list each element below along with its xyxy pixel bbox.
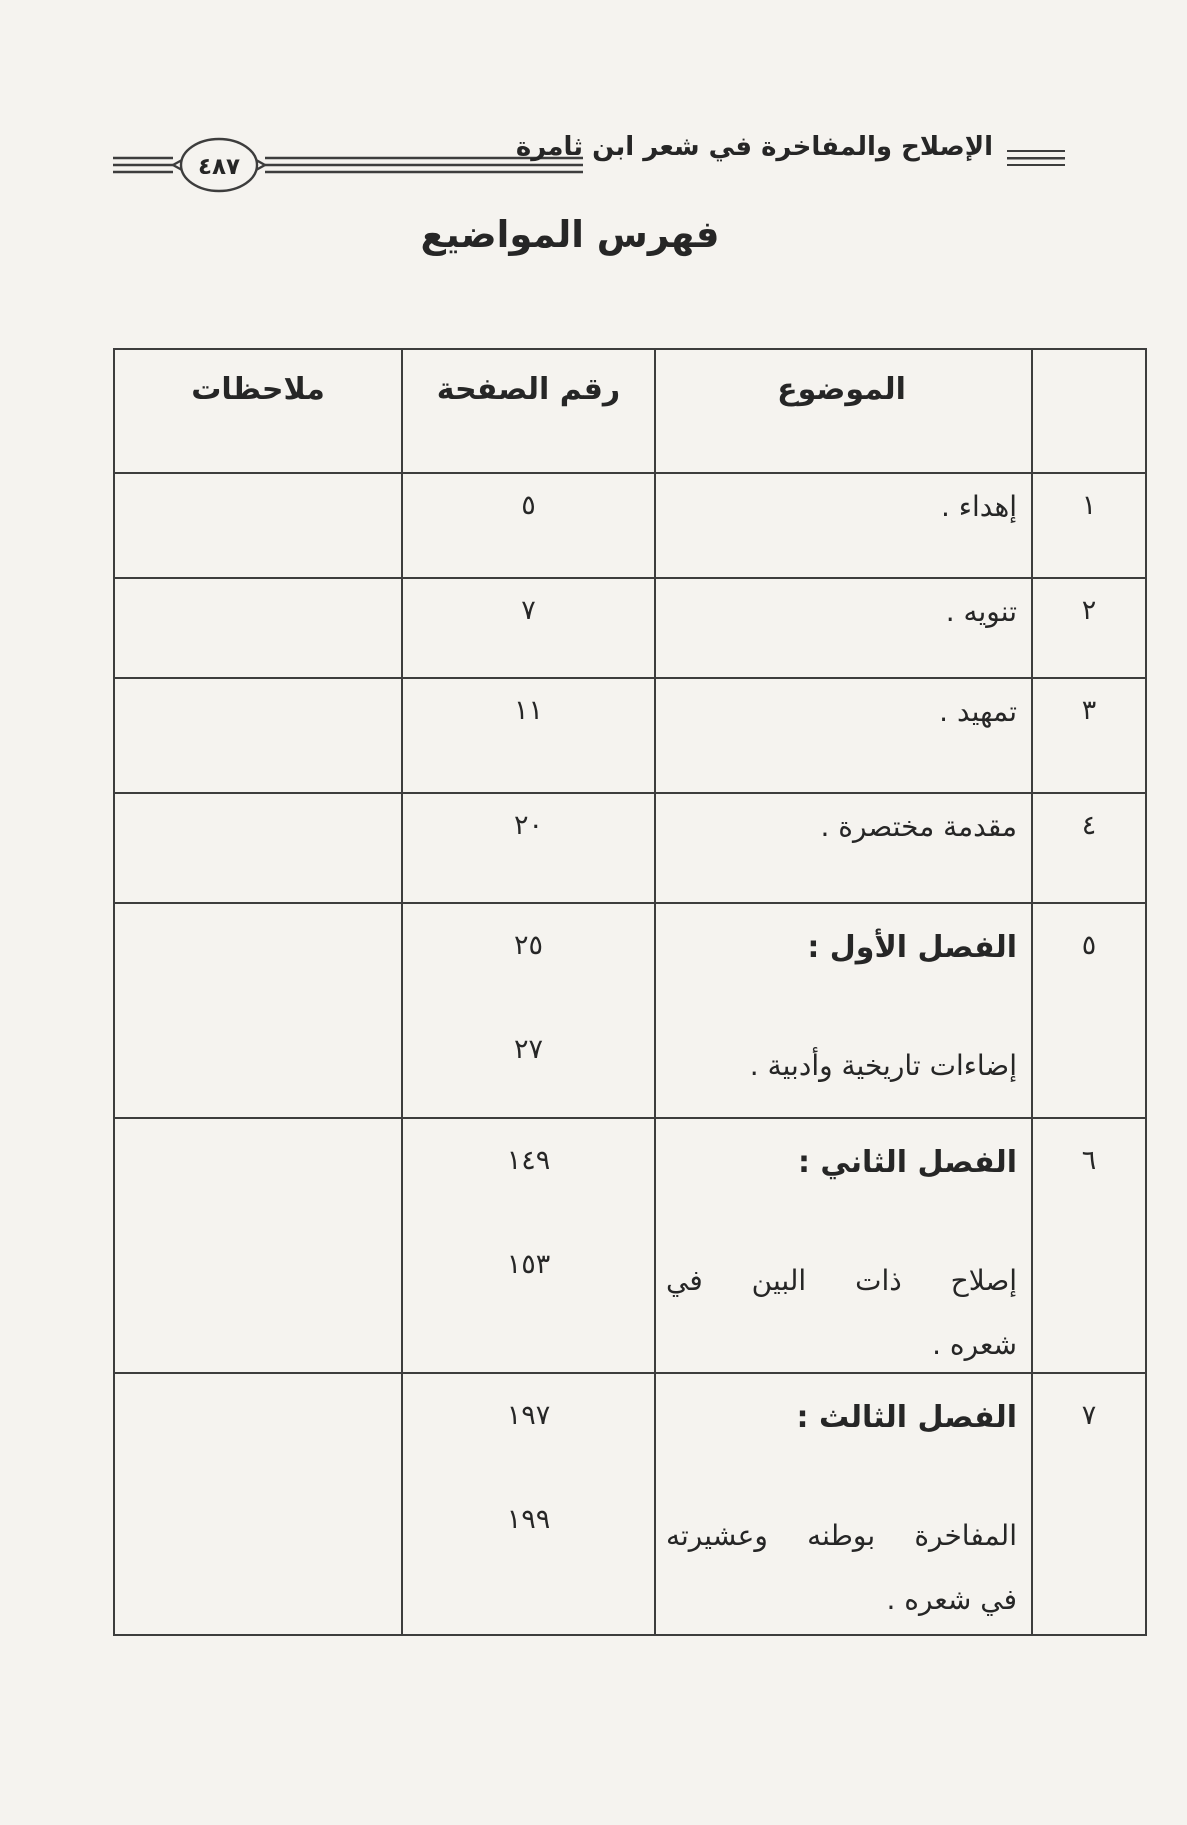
topic-cell: تمهيد . <box>654 679 1031 792</box>
notes-cell <box>115 1374 401 1486</box>
notes-cell <box>115 474 401 577</box>
column-header-index <box>1031 350 1145 472</box>
sub-entry: المفاخرة بوطنه وعشيرته في شعره . ١٩٩ <box>115 1486 1031 1634</box>
page-number-cell: ٢٥ <box>401 904 654 1016</box>
page-number-cell: ١٩٧ <box>401 1374 654 1486</box>
chapter-entry: الفصل الأول : ٢٥ <box>115 904 1031 1016</box>
table-row: ٧ الفصل الثالث : ١٩٧ المفاخرة بوطنه وعشي… <box>115 1372 1145 1634</box>
row-index-cell: ٤ <box>1031 794 1145 902</box>
contents-table: الموضوع رقم الصفحة ملاحظات ١ إهداء . ٥ ٢… <box>113 348 1147 1636</box>
page-number-cell: ١٤٩ <box>401 1119 654 1231</box>
page-title: فهرس المواضيع <box>230 213 910 256</box>
column-header-topic: الموضوع <box>654 350 1031 472</box>
chapter-title-cell: الفصل الثاني : <box>654 1119 1031 1231</box>
row-index-cell: ٥ <box>1031 904 1145 1117</box>
page-number-cell: ١١ <box>401 679 654 792</box>
notes-cell <box>115 1486 401 1634</box>
sub-entry: إصلاح ذات البين في شعره . ١٥٣ <box>115 1231 1031 1377</box>
page-number-cell: ٧ <box>401 579 654 677</box>
topic-line: شعره . <box>666 1313 1017 1377</box>
header-rule-right <box>1007 150 1065 166</box>
topic-line: المفاخرة بوطنه وعشيرته <box>666 1504 1017 1568</box>
table-row: ١ إهداء . ٥ <box>115 472 1145 577</box>
notes-cell <box>115 1119 401 1231</box>
header-rule-ornament: ٤٨٧ <box>113 128 583 198</box>
page-number-badge: ٤٨٧ <box>198 154 240 180</box>
sub-entry: إضاءات تاريخية وأدبية . ٢٧ <box>115 1016 1031 1117</box>
column-header-notes: ملاحظات <box>115 350 401 472</box>
page-number-cell: ١٥٣ <box>401 1231 654 1377</box>
scanned-book-page: ٤٨٧ الإصلاح والمفاخرة في شعر ابن ثامرة ف… <box>0 0 1187 1825</box>
topic-line: في شعره . <box>666 1568 1017 1632</box>
page-header: ٤٨٧ الإصلاح والمفاخرة في شعر ابن ثامرة <box>113 120 1065 205</box>
page-number-cell: ٥ <box>401 474 654 577</box>
topic-cell: إهداء . <box>654 474 1031 577</box>
table-row: ٤ مقدمة مختصرة . ٢٠ <box>115 792 1145 902</box>
row-body: الفصل الثالث : ١٩٧ المفاخرة بوطنه وعشيرت… <box>115 1374 1031 1634</box>
row-index-cell: ٧ <box>1031 1374 1145 1634</box>
column-header-page: رقم الصفحة <box>401 350 654 472</box>
notes-cell <box>115 679 401 792</box>
table-row: ٥ الفصل الأول : ٢٥ إضاءات تاريخية وأدبية… <box>115 902 1145 1117</box>
chapter-entry: الفصل الثاني : ١٤٩ <box>115 1119 1031 1231</box>
table-row: ٢ تنويه . ٧ <box>115 577 1145 677</box>
table-row: ٦ الفصل الثاني : ١٤٩ إصلاح ذات البين في … <box>115 1117 1145 1372</box>
notes-cell <box>115 904 401 1016</box>
chapter-entry: الفصل الثالث : ١٩٧ <box>115 1374 1031 1486</box>
page-number-cell: ٢٠ <box>401 794 654 902</box>
notes-cell <box>115 1231 401 1377</box>
page-number-cell: ٢٧ <box>401 1016 654 1117</box>
notes-cell <box>115 579 401 677</box>
row-body: الفصل الأول : ٢٥ إضاءات تاريخية وأدبية .… <box>115 904 1031 1117</box>
row-index-cell: ١ <box>1031 474 1145 577</box>
chapter-title-cell: الفصل الثالث : <box>654 1374 1031 1486</box>
row-index-cell: ٢ <box>1031 579 1145 677</box>
topic-line: إضاءات تاريخية وأدبية . <box>666 1034 1017 1098</box>
row-index-cell: ٣ <box>1031 679 1145 792</box>
row-body: الفصل الثاني : ١٤٩ إصلاح ذات البين في شع… <box>115 1119 1031 1372</box>
topic-cell: المفاخرة بوطنه وعشيرته في شعره . <box>654 1486 1031 1634</box>
row-index-cell: ٦ <box>1031 1119 1145 1372</box>
notes-cell <box>115 794 401 902</box>
chapter-title-cell: الفصل الأول : <box>654 904 1031 1016</box>
topic-line: إصلاح ذات البين في <box>666 1249 1017 1313</box>
topic-cell: إصلاح ذات البين في شعره . <box>654 1231 1031 1377</box>
topic-cell: إضاءات تاريخية وأدبية . <box>654 1016 1031 1117</box>
notes-cell <box>115 1016 401 1117</box>
page-number-cell: ١٩٩ <box>401 1486 654 1634</box>
topic-cell: مقدمة مختصرة . <box>654 794 1031 902</box>
topic-cell: تنويه . <box>654 579 1031 677</box>
book-title: الإصلاح والمفاخرة في شعر ابن ثامرة <box>516 132 993 162</box>
table-header-row: الموضوع رقم الصفحة ملاحظات <box>115 350 1145 472</box>
table-row: ٣ تمهيد . ١١ <box>115 677 1145 792</box>
